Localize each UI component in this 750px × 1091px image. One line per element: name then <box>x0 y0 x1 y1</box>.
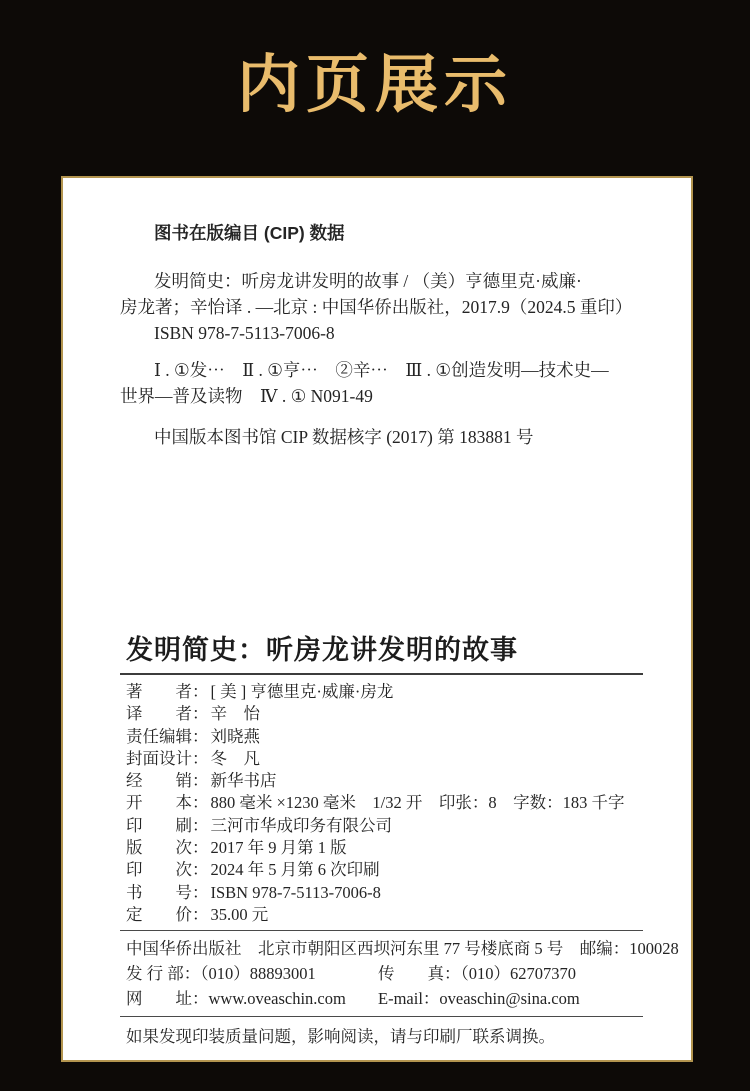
publisher-divider <box>120 930 643 931</box>
email-address: E-mail：oveaschin@sina.com <box>378 986 580 1011</box>
row-label: 书 号： <box>126 883 209 902</box>
row-label: 印 次： <box>126 860 209 879</box>
row-value: 2024 年 5 月第 6 次印刷 <box>211 860 380 879</box>
row-edition: 版 次：2017 年 9 月第 1 版 <box>126 837 643 859</box>
row-label: 印 刷： <box>126 816 209 835</box>
contact-row-web: 网 址：www.oveaschin.com E-mail：oveaschin@s… <box>126 986 643 1011</box>
contact-row-phone: 发 行 部：（010）88893001 传 真：（010）62707370 <box>126 961 643 986</box>
cip-isbn: ISBN 978-7-5113-7006-8 <box>120 320 641 346</box>
row-value: 三河市华成印务有限公司 <box>211 816 393 835</box>
publisher-block: 中国华侨出版社 北京市朝阳区西坝河东里 77 号楼底商 5 号 邮编：10002… <box>120 936 643 1011</box>
row-editor: 责任编辑：刘晓燕 <box>126 726 643 748</box>
cip-description-line2: 房龙著；辛怡译 . —北京 : 中国华侨出版社，2017.9（2024.5 重印… <box>120 294 641 320</box>
row-value: 880 毫米 ×1230 毫米 1/32 开 印张：8 字数：183 千字 <box>211 793 625 812</box>
book-title: 发明简史：听房龙讲发明的故事 <box>126 634 643 666</box>
row-value: ISBN 978-7-5113-7006-8 <box>211 883 381 902</box>
row-value: 刘晓燕 <box>211 727 261 746</box>
row-format: 开 本：880 毫米 ×1230 毫米 1/32 开 印张：8 字数：183 千… <box>126 792 643 814</box>
title-divider <box>120 673 643 675</box>
row-value: 35.00 元 <box>211 905 269 924</box>
cip-classification-line2: 世界—普及读物 Ⅳ . ① N091-49 <box>120 383 641 409</box>
row-printing: 印 次：2024 年 5 月第 6 次印刷 <box>126 859 643 881</box>
cip-block: 图书在版编目 (CIP) 数据 发明简史：听房龙讲发明的故事 / （美）亨德里克… <box>120 220 641 450</box>
row-printer: 印 刷：三河市华成印务有限公司 <box>126 815 643 837</box>
row-value: 冬 凡 <box>211 749 261 768</box>
row-translator: 译 者：辛 怡 <box>126 703 643 725</box>
quality-note: 如果发现印装质量问题，影响阅读，请与印刷厂联系调换。 <box>126 1025 643 1049</box>
cip-header: 图书在版编目 (CIP) 数据 <box>120 220 641 246</box>
banner-title: 内页展示 <box>0 46 750 124</box>
row-label: 责任编辑： <box>126 727 209 746</box>
colophon-rows: 著 者：[ 美 ] 亨德里克·威廉·房龙 译 者：辛 怡 责任编辑：刘晓燕 封面… <box>126 681 643 926</box>
cip-classification-line1: Ⅰ . ①发⋯ Ⅱ . ①亨⋯ ②辛⋯ Ⅲ . ①创造发明—技术史— <box>120 357 641 383</box>
colophon-block: 发明简史：听房龙讲发明的故事 著 者：[ 美 ] 亨德里克·威廉·房龙 译 者：… <box>120 634 643 1049</box>
row-label: 封面设计： <box>126 749 209 768</box>
row-isbn: 书 号：ISBN 978-7-5113-7006-8 <box>126 882 643 904</box>
fax-number: 传 真：（010）62707370 <box>378 961 576 986</box>
cip-description-line1: 发明简史：听房龙讲发明的故事 / （美）亨德里克·威廉· <box>120 268 641 294</box>
publisher-address-line: 中国华侨出版社 北京市朝阳区西坝河东里 77 号楼底商 5 号 邮编：10002… <box>126 936 643 961</box>
promo-section: 内页展示 图书在版编目 (CIP) 数据 发明简史：听房龙讲发明的故事 / （美… <box>0 0 750 1091</box>
row-label: 著 者： <box>126 682 209 701</box>
row-label: 经 销： <box>126 771 209 790</box>
note-divider <box>120 1016 643 1017</box>
website-url: 网 址：www.oveaschin.com <box>126 986 378 1011</box>
row-value: 新华书店 <box>211 771 277 790</box>
row-distribution: 经 销：新华书店 <box>126 770 643 792</box>
row-value: 2017 年 9 月第 1 版 <box>211 838 347 857</box>
cip-record-number: 中国版本图书馆 CIP 数据核字 (2017) 第 183881 号 <box>120 424 641 450</box>
row-label: 版 次： <box>126 838 209 857</box>
row-label: 译 者： <box>126 704 209 723</box>
row-label: 开 本： <box>126 793 209 812</box>
distribution-phone: 发 行 部：（010）88893001 <box>126 961 378 986</box>
row-label: 定 价： <box>126 905 209 924</box>
row-price: 定 价：35.00 元 <box>126 904 643 926</box>
row-cover-design: 封面设计：冬 凡 <box>126 748 643 770</box>
book-copyright-page: 图书在版编目 (CIP) 数据 发明简史：听房龙讲发明的故事 / （美）亨德里克… <box>61 176 693 1062</box>
row-value: 辛 怡 <box>211 704 261 723</box>
row-value: [ 美 ] 亨德里克·威廉·房龙 <box>211 682 394 701</box>
row-author: 著 者：[ 美 ] 亨德里克·威廉·房龙 <box>126 681 643 703</box>
